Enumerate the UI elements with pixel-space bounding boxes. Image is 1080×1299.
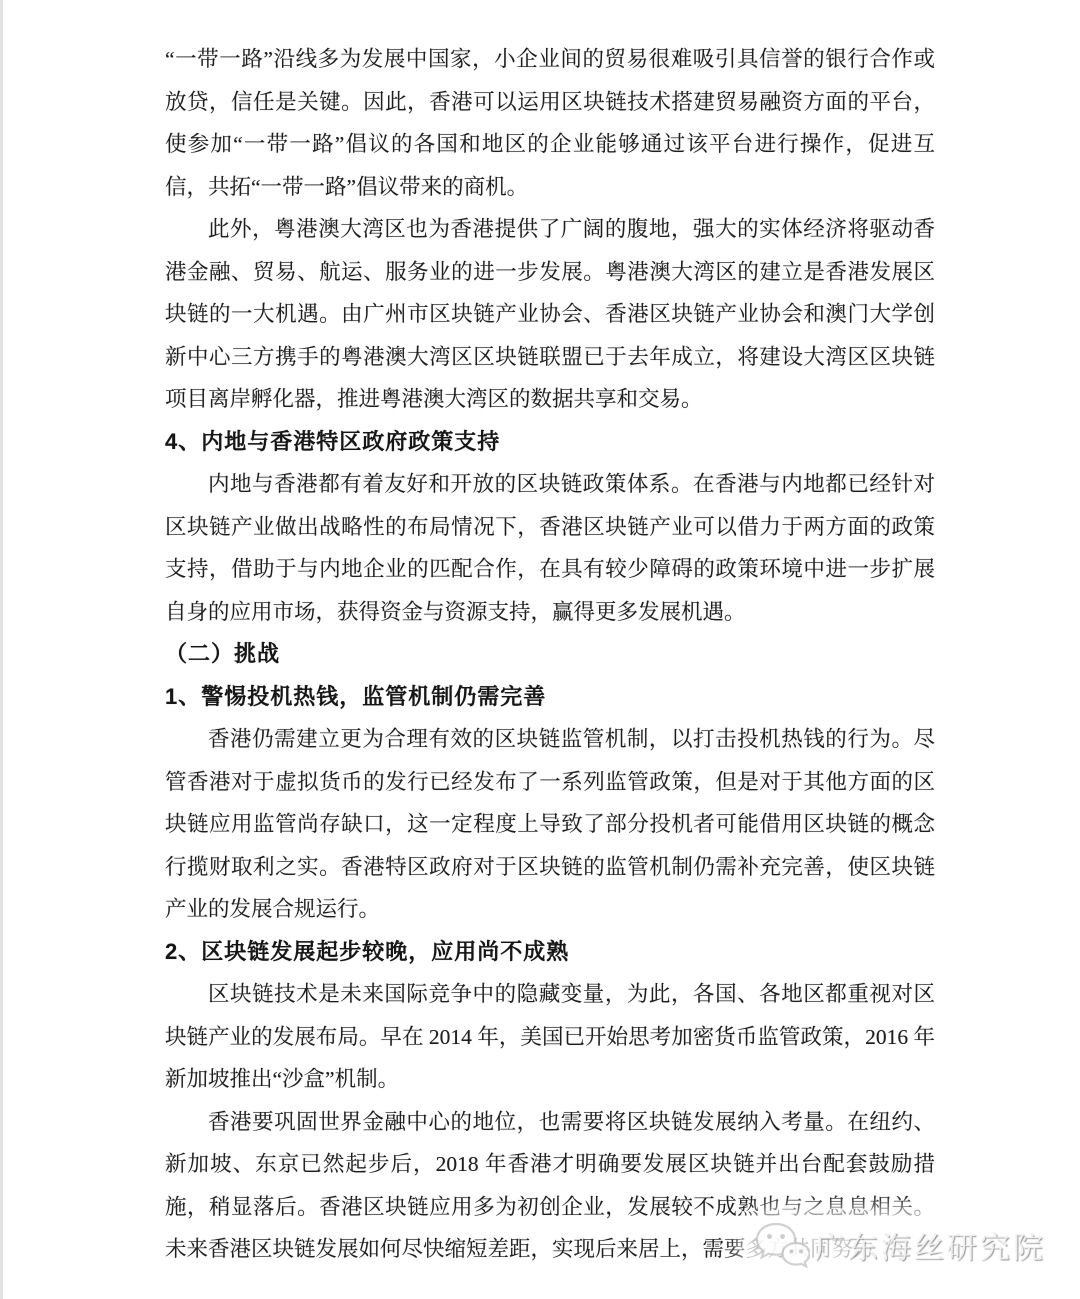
page-left-edge [0,0,3,1299]
section-heading-speculation-regulation: 1、警惕投机热钱，监管机制仍需完善 [165,676,935,719]
paragraph-greater-bay-area: 此外，粤港澳大湾区也为香港提供了广阔的腹地，强大的实体经济将驱动香港金融、贸易、… [165,208,935,421]
section-heading-late-start: 2、区块链发展起步较晚，应用尚不成熟 [165,931,935,974]
paragraph-regulation: 香港仍需建立更为合理有效的区块链监管机制，以打击投机热钱的行为。尽管香港对于虚拟… [165,718,935,931]
document-page: “一带一路”沿线多为发展中国家，小企业间的贸易很难吸引具信誉的银行合作或放贷，信… [0,0,1080,1299]
paragraph-policy-support: 内地与香港都有着友好和开放的区块链政策体系。在香港与内地都已经针对区块链产业做出… [165,463,935,633]
section-heading-policy-support: 4、内地与香港特区政府政策支持 [165,421,935,464]
paragraph-belt-and-road: “一带一路”沿线多为发展中国家，小企业间的贸易很难吸引具信誉的银行合作或放贷，信… [165,38,935,208]
watermark: 广东海丝研究院 [748,1217,1056,1273]
wechat-icon [754,1221,810,1269]
document-body: “一带一路”沿线多为发展中国家，小企业间的贸易很难吸引具信誉的银行合作或放贷，信… [165,38,935,1271]
paragraph-international-competition: 区块链技术是未来国际竞争中的隐藏变量，为此，各国、各地区都重视对区块链产业的发展… [165,973,935,1101]
section-heading-challenges: （二）挑战 [165,633,935,676]
watermark-label: 广东海丝研究院 [815,1223,1046,1267]
